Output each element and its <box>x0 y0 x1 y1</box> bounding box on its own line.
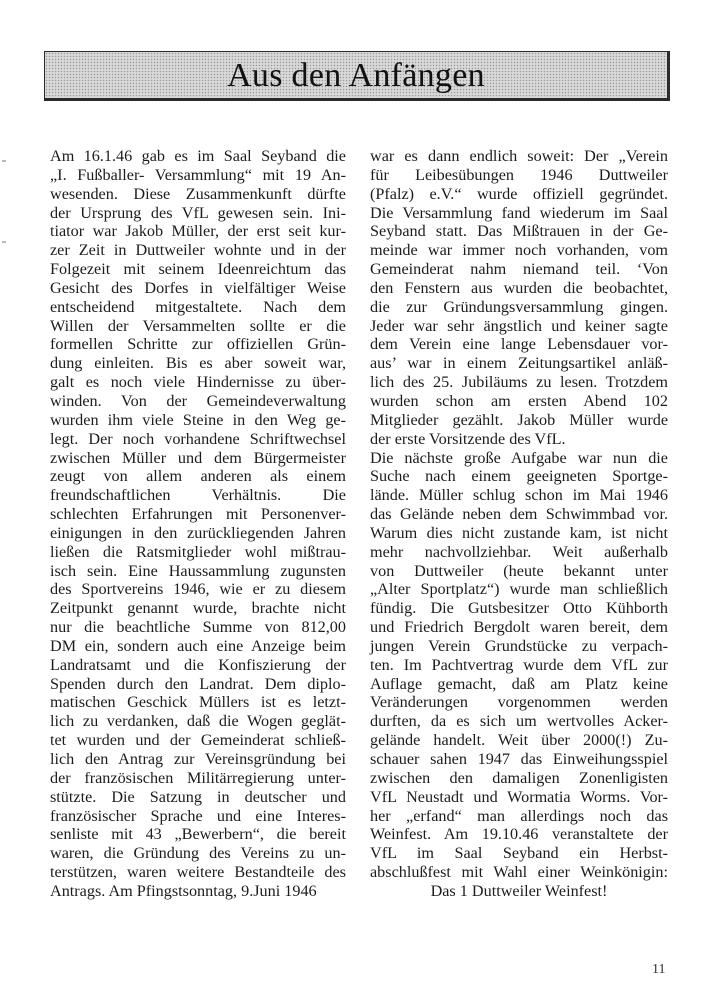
text-line: Suche nach einem geeigneten Sportge- <box>370 467 668 486</box>
text-line: gelände handelt. Weit über 2000(!) Zu- <box>370 731 668 750</box>
text-line: her „erfand“ man allerdings noch das <box>370 807 668 826</box>
text-line: legt. Der noch vorhandene Schriftwechsel <box>50 430 346 449</box>
text-line: ließen die Ratsmitglieder wohl mißtrau- <box>50 543 346 562</box>
text-line: Zeitpunkt genannt wurde, brachte nicht <box>50 599 346 618</box>
text-line: waren, die Gründung des Vereins zu un- <box>50 844 346 863</box>
text-line: lich zu verdanken, daß die Wogen geglät- <box>50 712 346 731</box>
text-line: meinde war immer noch vorhanden, vom <box>370 241 668 260</box>
page-title: Aus den Anfängen <box>227 59 485 93</box>
text-line: Veränderungen vorgenommen werden <box>370 693 668 712</box>
text-line: entscheidend mitgestaltete. Nach dem <box>50 298 346 317</box>
text-line: Landratsamt und die Konfiszierung der <box>50 656 346 675</box>
text-line: lände. Müller schlug schon im Mai 1946 <box>370 486 668 505</box>
text-line: Mitglieder gezählt. Jakob Müller wurde <box>370 411 668 430</box>
text-line: den Fenstern aus wurden die beobachtet, <box>370 279 668 298</box>
text-line: ten. Im Pachtvertrag wurde dem VfL zur <box>370 656 668 675</box>
text-line: Gemeinderat nahm niemand teil. ‘Von <box>370 260 668 279</box>
text-line: des Sportvereins 1946, wie er zu diesem <box>50 580 346 599</box>
text-line: schauer sahen 1947 das Einweihungsspiel <box>370 750 668 769</box>
text-line: stützte. Die Satzung in deutscher und <box>50 788 346 807</box>
text-line: die zur Gründungsversammlung gingen. <box>370 298 668 317</box>
text-line: formellen Schritte zur offiziellen Grün- <box>50 335 346 354</box>
title-banner: Aus den Anfängen <box>44 51 670 101</box>
text-line: Seyband statt. Das Mißtrauen in der Ge- <box>370 222 668 241</box>
scan-margin-mark <box>2 160 6 162</box>
text-line: Jeder war sehr ängstlich und keiner sagt… <box>370 317 668 336</box>
text-line: lich den Antrag zur Vereinsgründung bei <box>50 750 346 769</box>
text-line: jungen Verein Grundstücke zu verpach- <box>370 637 668 656</box>
text-line: zer Zeit in Duttweiler wohnte und in der <box>50 241 346 260</box>
text-line: lich des 25. Jubiläums zu lesen. Trotzde… <box>370 373 668 392</box>
text-line: der Ursprung des VfL gewesen sein. Ini- <box>50 204 346 223</box>
text-line: zeugt von allem anderen als einem <box>50 467 346 486</box>
text-line: (Pfalz) e.V.“ wurde offiziell gegründet. <box>370 185 668 204</box>
text-line: war es dann endlich soweit: Der „Verein <box>370 147 668 166</box>
article-column-left: Am 16.1.46 gab es im Saal Seyband die„I.… <box>50 147 346 901</box>
text-line: isch sein. Eine Haussammlung zugunsten <box>50 562 346 581</box>
text-line: Antrags. Am Pfingstsonntag, 9.Juni 1946 <box>50 882 346 901</box>
text-line: senliste mit 43 „Bewerbern“, die bereit <box>50 825 346 844</box>
text-line: der französischen Militärregierung unter… <box>50 769 346 788</box>
text-line: mehr nachvollziehbar. Weit außerhalb <box>370 543 668 562</box>
text-line: von Duttweiler (heute bekannt unter <box>370 562 668 581</box>
text-line: matischen Geschick Müllers ist es letzt- <box>50 693 346 712</box>
text-line: Folgezeit mit seinem Ideenreichtum das <box>50 260 346 279</box>
text-line: freundschaftlichen Verhältnis. Die <box>50 486 346 505</box>
text-line: wurden ihm viele Steine in den Weg ge- <box>50 411 346 430</box>
text-line: schlechten Erfahrungen mit Personenver- <box>50 505 346 524</box>
text-line: VfL Neustadt und Wormatia Worms. Vor- <box>370 788 668 807</box>
text-line: wesenden. Diese Zusammenkunft dürfte <box>50 185 346 204</box>
text-line: DM ein, sondern auch eine Anzeige beim <box>50 637 346 656</box>
text-line: terstützen, waren weitere Bestandteile d… <box>50 863 346 882</box>
text-line: Auflage gemacht, daß am Platz keine <box>370 675 668 694</box>
text-line: „Alter Sportplatz“) wurde man schließlic… <box>370 580 668 599</box>
text-line: für Leibesübungen 1946 Duttweiler <box>370 166 668 185</box>
text-line: Das 1 Duttweiler Weinfest! <box>370 882 668 901</box>
text-line: fündig. Die Gutsbesitzer Otto Kühborth <box>370 599 668 618</box>
text-line: Weinfest. Am 19.10.46 veranstaltete der <box>370 825 668 844</box>
text-line: das Gelände neben dem Schwimmbad vor. <box>370 505 668 524</box>
text-line: der erste Vorsitzende des VfL. <box>370 430 668 449</box>
text-line: galt es noch viele Hindernisse zu über- <box>50 373 346 392</box>
text-line: winden. Von der Gemeindeverwaltung <box>50 392 346 411</box>
text-line: dung einleiten. Bis es aber soweit war, <box>50 354 346 373</box>
text-line: zwischen den damaligen Zonenligisten <box>370 769 668 788</box>
text-line: „I. Fußballer- Versammlung“ mit 19 An- <box>50 166 346 185</box>
text-line: Die nächste große Aufgabe war nun die <box>370 449 668 468</box>
text-line: französischer Sprache und eine Interes- <box>50 807 346 826</box>
text-line: dem Verein eine lange Lebensdauer vor- <box>370 335 668 354</box>
text-line: Spenden durch den Landrat. Dem diplo- <box>50 675 346 694</box>
text-line: einigungen in den zurückliegenden Jahren <box>50 524 346 543</box>
text-line: nur die beachtliche Summe von 812,00 <box>50 618 346 637</box>
text-line: wurden schon am ersten Abend 102 <box>370 392 668 411</box>
text-line: durften, da es sich um wertvolles Acker- <box>370 712 668 731</box>
text-line: tet wurden und der Gemeinderat schließ- <box>50 731 346 750</box>
article-column-right: war es dann endlich soweit: Der „Vereinf… <box>370 147 668 901</box>
text-line: tiator war Jakob Müller, der erst seit k… <box>50 222 346 241</box>
text-line: und Friedrich Bergdolt waren bereit, dem <box>370 618 668 637</box>
text-line: VfL im Saal Seyband ein Herbst- <box>370 844 668 863</box>
text-line: aus’ war in einem Zeitungsartikel anläß- <box>370 354 668 373</box>
text-line: Die Versammlung fand wiederum im Saal <box>370 204 668 223</box>
text-line: zwischen Müller und dem Bürgermeister <box>50 449 346 468</box>
text-line: Gesicht des Dorfes in vielfältiger Weise <box>50 279 346 298</box>
page-number: 11 <box>652 962 665 978</box>
scan-margin-mark <box>2 241 6 243</box>
text-line: Willen der Versammelten sollte er die <box>50 317 346 336</box>
text-line: Warum dies nicht zustande kam, ist nicht <box>370 524 668 543</box>
text-line: abschlußfest mit Wahl einer Weinkönigin: <box>370 863 668 882</box>
text-line: Am 16.1.46 gab es im Saal Seyband die <box>50 147 346 166</box>
